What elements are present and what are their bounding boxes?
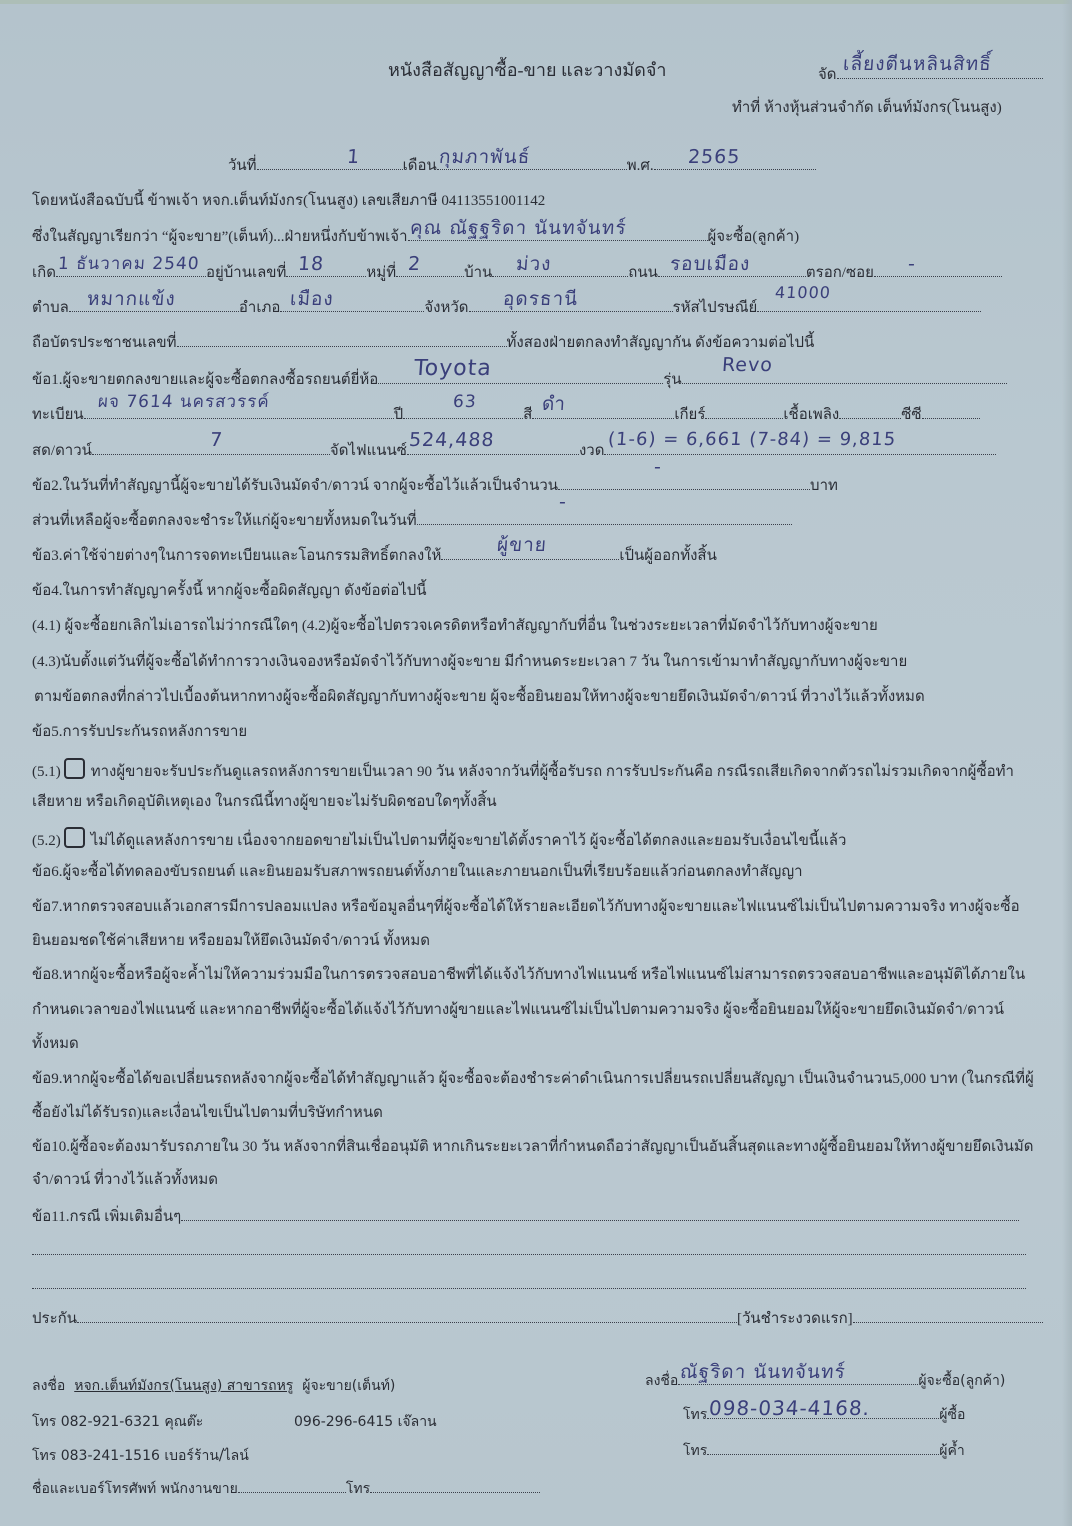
vehicle-year-value[interactable]: 63 — [452, 392, 477, 412]
clause-7: ข้อ7.หากตรวจสอบแล้วเอกสารมีการปลอมแปลง ห… — [32, 897, 1020, 917]
buyer-phone-line: โทร098-034-4168.ผู้ซื้อ — [683, 1404, 965, 1425]
brand-value[interactable]: Toyota — [414, 359, 493, 379]
clause-8-end: ทั้งหมด — [32, 1034, 79, 1054]
clause-5-title: ข้อ5.การรับประกันรถหลังการขาย — [32, 722, 247, 742]
issued-by-field: จัดเลี้ยงตีนหลินสิทธิ์ — [818, 64, 1043, 85]
district-value[interactable]: เมือง — [290, 289, 335, 309]
soi-value[interactable]: - — [907, 254, 916, 274]
buyer-address-line: เกิด1 ธันวาคม 2540อยู่บ้านเลขที่18หมู่ที… — [32, 262, 1002, 283]
down-payment-value[interactable]: 7 — [209, 430, 223, 450]
clause-10-cont: จำ/ดาวน์ ที่วางไว้แล้วทั้งหมด — [32, 1170, 218, 1190]
model-value[interactable]: Revo — [721, 355, 773, 375]
village-value[interactable]: ม่วง — [516, 254, 553, 274]
clause-11: ข้อ11.กรณี เพิ่มเติมอื่นๆ — [32, 1206, 1019, 1227]
buyer-signature-value[interactable]: ณัฐริดา นันทจันทร์ — [680, 1362, 847, 1382]
postal-value[interactable]: 41000 — [775, 283, 832, 303]
seller-signature: ลงชื่อ หจก.เต็นท์มังกร(โนนสูง) สาขารถหรู… — [32, 1376, 395, 1396]
sales-staff-line: ชื่อและเบอร์โทรศัพท์ พนักงานขายโทร — [32, 1478, 540, 1499]
registration-value[interactable]: ผจ 7614 นครสวรรค์ — [97, 392, 270, 412]
finance-line: สด/ดาวน์7จัดไฟแนนซ์524,488งวด(1-6) = 6,6… — [32, 440, 996, 461]
buyer-phone-value[interactable]: 098-034-4168. — [709, 1398, 871, 1418]
additional-terms-line-2[interactable] — [32, 1240, 1026, 1255]
seller-phone-1: โทร 082-921-6321 คุณต๊ะ — [32, 1412, 203, 1432]
paper-edge — [0, 0, 1072, 4]
staff-phone-field[interactable] — [370, 1478, 540, 1493]
vehicle-color-value[interactable]: ดำ — [542, 394, 567, 414]
clause-5-1-cont: เสียหาย หรือเกิดอุบัติเหตุเอง ในกรณีนี้ท… — [32, 792, 497, 812]
clause-2-remaining: ส่วนที่เหลือผู้จะซื้อตกลงจะชำระให้แก่ผู้… — [32, 510, 792, 531]
clause-8: ข้อ8.หากผู้จะซื้อหรือผู้จะค้ำไม่ให้ความร… — [32, 965, 1025, 985]
year-value[interactable]: 2565 — [687, 147, 741, 167]
birth-value[interactable]: 1 ธันวาคม 2540 — [57, 254, 200, 274]
remaining-date-value[interactable]: - — [558, 492, 567, 512]
buyer-line: ซึ่งในสัญญาเรียกว่า “ผู้จะขาย”(เต็นท์)..… — [32, 226, 799, 247]
vehicle-reg-line: ทะเบียนผจ 7614 นครสวรรค์ปี63สีดำเกียร์เช… — [32, 404, 980, 425]
guarantor-phone-line: โทรผู้ค้ำ — [683, 1440, 965, 1461]
day-value[interactable]: 1 — [346, 147, 360, 167]
staff-name-field[interactable] — [238, 1478, 346, 1493]
no-warranty-checkbox[interactable] — [64, 827, 85, 848]
document-title: หนังสือสัญญาซื้อ-ขาย และวางมัดจำ — [388, 60, 667, 80]
buyer-name-value[interactable]: คุณ ณัฐฐริดา นันทจันทร์ — [409, 218, 627, 238]
seller-phone-3: โทร 083-241-1516 เบอร์ร้าน/ไลน์ — [32, 1446, 249, 1466]
issued-by-value[interactable]: เลี้ยงตีนหลินสิทธิ์ — [842, 54, 992, 74]
month-value[interactable]: กุมภาพันธ์ — [438, 147, 531, 167]
clause-9-cont: ซื้อยังไม่ได้รับรถ)และเงื่อนไขเป็นไปตามท… — [32, 1103, 383, 1123]
clause-3: ข้อ3.ค่าใช้จ่ายต่างๆในการจดทะเบียนและโอน… — [32, 545, 717, 566]
province-value[interactable]: อุดรธานี — [502, 289, 579, 309]
warranty-90-days-checkbox[interactable] — [64, 758, 85, 779]
house-no-value[interactable]: 18 — [298, 254, 326, 274]
moo-value[interactable]: 2 — [407, 254, 421, 274]
clause-5-1: (5.1)ทางผู้ขายจะรับประกันดูแลรถหลังการขา… — [32, 758, 1014, 782]
clause-6: ข้อ6.ผู้จะซื้อได้ทดลองขับรถยนต์ และยินยอ… — [32, 862, 803, 882]
finance-amount-value[interactable]: 524,488 — [408, 430, 495, 450]
id-card-line: ถือบัตรประชาชนเลขที่ทั้งสองฝ่ายตกลงทำสัญ… — [32, 332, 814, 353]
warranty-line: ประกัน[วันชำระงวดแรก] — [32, 1308, 1043, 1329]
clause-4-1: (4.1) ผู้จะซื้อยกเลิกไม่เอารถไม่ว่ากรณีใ… — [32, 616, 878, 636]
deposit-amount-value[interactable]: - — [653, 457, 662, 477]
road-value[interactable]: รอบเมือง — [669, 254, 751, 274]
seller-name: หจก.เต็นท์มังกร(โนนสูง) สาขารถหรู — [74, 1378, 293, 1394]
date-line: วันที่1เดือนกุมภาพันธ์พ.ศ.2565 — [228, 155, 816, 176]
additional-terms-line-3[interactable] — [32, 1274, 1026, 1289]
clause-11-extra-line — [32, 1274, 1026, 1295]
buyer-signature: ลงชื่อณัฐริดา นันทจันทร์ผู้จะซื้อ(ลูกค้า… — [645, 1370, 1005, 1391]
subdistrict-value[interactable]: หมากแข้ง — [86, 289, 176, 309]
clause-2: ข้อ2.ในวันที่ทำสัญญานี้ผู้จะขายได้รับเงิ… — [32, 475, 838, 496]
seller-phone-2: 096-296-6415 เจ๊ลาน — [294, 1412, 437, 1432]
clause-10: ข้อ10.ผู้ซื้อจะต้องมารับรถภายใน 30 วัน ห… — [32, 1137, 1034, 1157]
clause-9: ข้อ9.หากผู้จะซื้อได้ขอเปลี่ยนรถหลังจากผู… — [32, 1069, 1034, 1089]
made-at: ทำที่ ห้างหุ้นส่วนจำกัด เต็นท์มังกร(โนนส… — [732, 98, 1002, 118]
clause-11-extra-line — [32, 1240, 1026, 1261]
vehicle-brand-line: ข้อ1.ผู้จะขายตกลงขายและผู้จะซื้อตกลงซื้อ… — [32, 369, 1007, 390]
contract-page: หนังสือสัญญาซื้อ-ขาย และวางมัดจำ จัดเลี้… — [0, 0, 1072, 1526]
buyer-location-line: ตำบลหมากแข้งอำเภอเมืองจังหวัดอุดรธานีรหั… — [32, 297, 981, 318]
intro-line: โดยหนังสือฉบับนี้ ข้าพเจ้า หจก.เต็นท์มัง… — [32, 191, 545, 211]
clause-4-title: ข้อ4.ในการทำสัญญาครั้งนี้ หากผู้จะซื้อผิ… — [32, 581, 427, 601]
paper-edge — [1062, 0, 1072, 1526]
clause-4-3: (4.3)นับตั้งแต่วันที่ผู้จะซื้อได้ทำการวา… — [32, 652, 907, 672]
fee-payer-value[interactable]: ผู้ขาย — [497, 535, 548, 555]
clause-4-end: ตามข้อตกลงที่กล่าวไปเบื้องต้นหากทางผู้จะ… — [34, 687, 925, 707]
clause-8-cont: กำหนดเวลาของไฟแนนซ์ และหากอาชีพที่ผู้จะซ… — [32, 1000, 1004, 1020]
clause-5-2: (5.2)ไม่ได้ดูแลหลังการขาย เนื่องจากยอดขา… — [32, 827, 846, 851]
installment-value[interactable]: (1-6) = 6,661 (7-84) = 9,815 — [608, 430, 898, 450]
clause-7-cont: ยินยอมชดใช้ค่าเสียหาย หรือยอมให้ยึดเงินม… — [32, 931, 430, 951]
